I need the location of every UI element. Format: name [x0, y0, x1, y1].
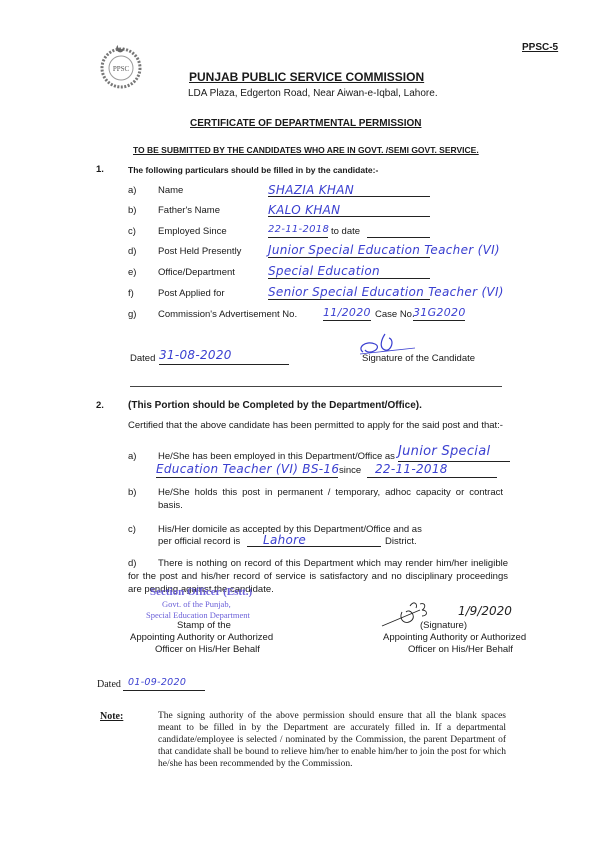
advert-no-value: 11/2020	[323, 306, 371, 319]
field-label: Employed Since	[158, 226, 227, 237]
employed-as-value: Junior Special	[398, 444, 490, 459]
since-field[interactable]: 22-11-2018	[367, 462, 497, 478]
svg-text:PPSC: PPSC	[113, 65, 130, 73]
field-letter: b)	[128, 205, 136, 216]
field-letter: g)	[128, 309, 136, 320]
domicile-text-2: per official record is	[158, 536, 240, 547]
capacity-text: He/She holds this post in permanent / te…	[158, 486, 503, 512]
employed-since-value: 22-11-2018	[268, 224, 329, 235]
page-title: CERTIFICATE OF DEPARTMENTAL PERMISSION	[190, 118, 421, 129]
authority-dated-field[interactable]: 01-09-2020	[123, 677, 205, 691]
field-label: Father's Name	[158, 205, 220, 216]
section1-heading: The following particulars should be fill…	[128, 165, 378, 175]
field-letter: a)	[128, 185, 136, 196]
domicile-field[interactable]: Lahore	[247, 533, 381, 547]
candidate-dated-value: 31-08-2020	[159, 348, 232, 362]
org-name: PUNJAB PUBLIC SERVICE COMMISSION	[189, 70, 424, 84]
section-divider	[130, 386, 502, 387]
post-applied-field[interactable]: Senior Special Education Teacher (VI)	[268, 285, 430, 300]
to-date-label: to date	[331, 226, 360, 237]
page-subtitle: TO BE SUBMITTED BY THE CANDIDATES WHO AR…	[133, 145, 479, 155]
org-address: LDA Plaza, Edgerton Road, Near Aiwan-e-I…	[188, 88, 438, 99]
signature-caption-1: (Signature)	[420, 620, 467, 631]
authority-dated-label: Dated	[97, 679, 121, 690]
field-letter: f)	[128, 288, 134, 299]
candidate-dated-field[interactable]: 31-08-2020	[159, 348, 289, 365]
advert-label: Commission's Advertisement No.	[158, 309, 297, 320]
field-letter: d)	[128, 246, 136, 257]
stamp-caption-2: Appointing Authority or Authorized	[130, 632, 273, 643]
employed-since-field[interactable]: 22-11-2018	[268, 224, 328, 238]
item-letter: c)	[128, 524, 136, 535]
candidate-signature-label: Signature of the Candidate	[362, 353, 475, 364]
case-no-field[interactable]: 31G2020	[413, 306, 465, 321]
office-department-value: Special Education	[268, 264, 380, 278]
field-letter: e)	[128, 267, 136, 278]
stamp-caption-3: Officer on His/Her Behalf	[155, 644, 260, 655]
stamp-line2: Govt. of the Punjab,	[162, 599, 231, 609]
item-letter: b)	[128, 487, 136, 498]
employed-as-field[interactable]: Junior Special	[398, 444, 510, 462]
father-name-value: KALO KHAN	[268, 203, 340, 217]
dated-label: Dated	[130, 353, 155, 364]
section2-number: 2.	[96, 400, 104, 411]
post-held-value: Junior Special Education Teacher (VI)	[268, 243, 500, 257]
field-label: Post Held Presently	[158, 246, 241, 257]
stamp-line1: Section Officer (Estt.)	[150, 586, 252, 598]
authority-signature-date: 1/9/2020	[458, 604, 512, 618]
field-label: Name	[158, 185, 183, 196]
field-letter: c)	[128, 226, 136, 237]
district-label: District.	[385, 536, 417, 547]
advert-no-field[interactable]: 11/2020	[323, 306, 371, 321]
since-value: 22-11-2018	[375, 462, 448, 476]
item-letter: a)	[128, 451, 136, 462]
form-code: PPSC-5	[522, 42, 558, 53]
field-label: Post Applied for	[158, 288, 225, 299]
employed-as-value-continued: Education Teacher (VI) BS-16	[156, 462, 339, 476]
field-label: Office/Department	[158, 267, 235, 278]
father-name-field[interactable]: KALO KHAN	[268, 203, 430, 217]
name-value: SHAZIA KHAN	[268, 183, 354, 197]
office-department-field[interactable]: Special Education	[268, 264, 430, 279]
domicile-value: Lahore	[263, 533, 306, 547]
stamp-caption-1: Stamp of the	[177, 620, 231, 631]
section1-number: 1.	[96, 164, 104, 175]
to-date-field[interactable]	[367, 224, 430, 238]
authority-dated-value: 01-09-2020	[128, 677, 186, 688]
note-text: The signing authority of the above permi…	[158, 710, 506, 770]
post-applied-value: Senior Special Education Teacher (VI)	[268, 285, 504, 299]
stamp-line3: Special Education Department	[146, 610, 250, 620]
case-no-value: 31G2020	[413, 306, 466, 319]
employed-as-field-continued[interactable]: Education Teacher (VI) BS-16	[156, 462, 338, 478]
item-letter: d)	[128, 557, 158, 570]
post-held-field[interactable]: Junior Special Education Teacher (VI)	[268, 243, 430, 258]
since-label: since	[339, 465, 361, 476]
signature-caption-2: Appointing Authority or Authorized	[383, 632, 526, 643]
ppsc-logo-icon: PPSC	[96, 40, 146, 90]
section2-intro: Certified that the above candidate has b…	[128, 419, 508, 432]
section2-heading: (This Portion should be Completed by the…	[128, 400, 422, 411]
case-no-label: Case No.	[375, 309, 415, 320]
employed-as-text: He/She has been employed in this Departm…	[158, 451, 395, 462]
name-field[interactable]: SHAZIA KHAN	[268, 183, 430, 197]
signature-caption-3: Officer on His/Her Behalf	[408, 644, 513, 655]
note-label: Note:	[100, 711, 123, 722]
